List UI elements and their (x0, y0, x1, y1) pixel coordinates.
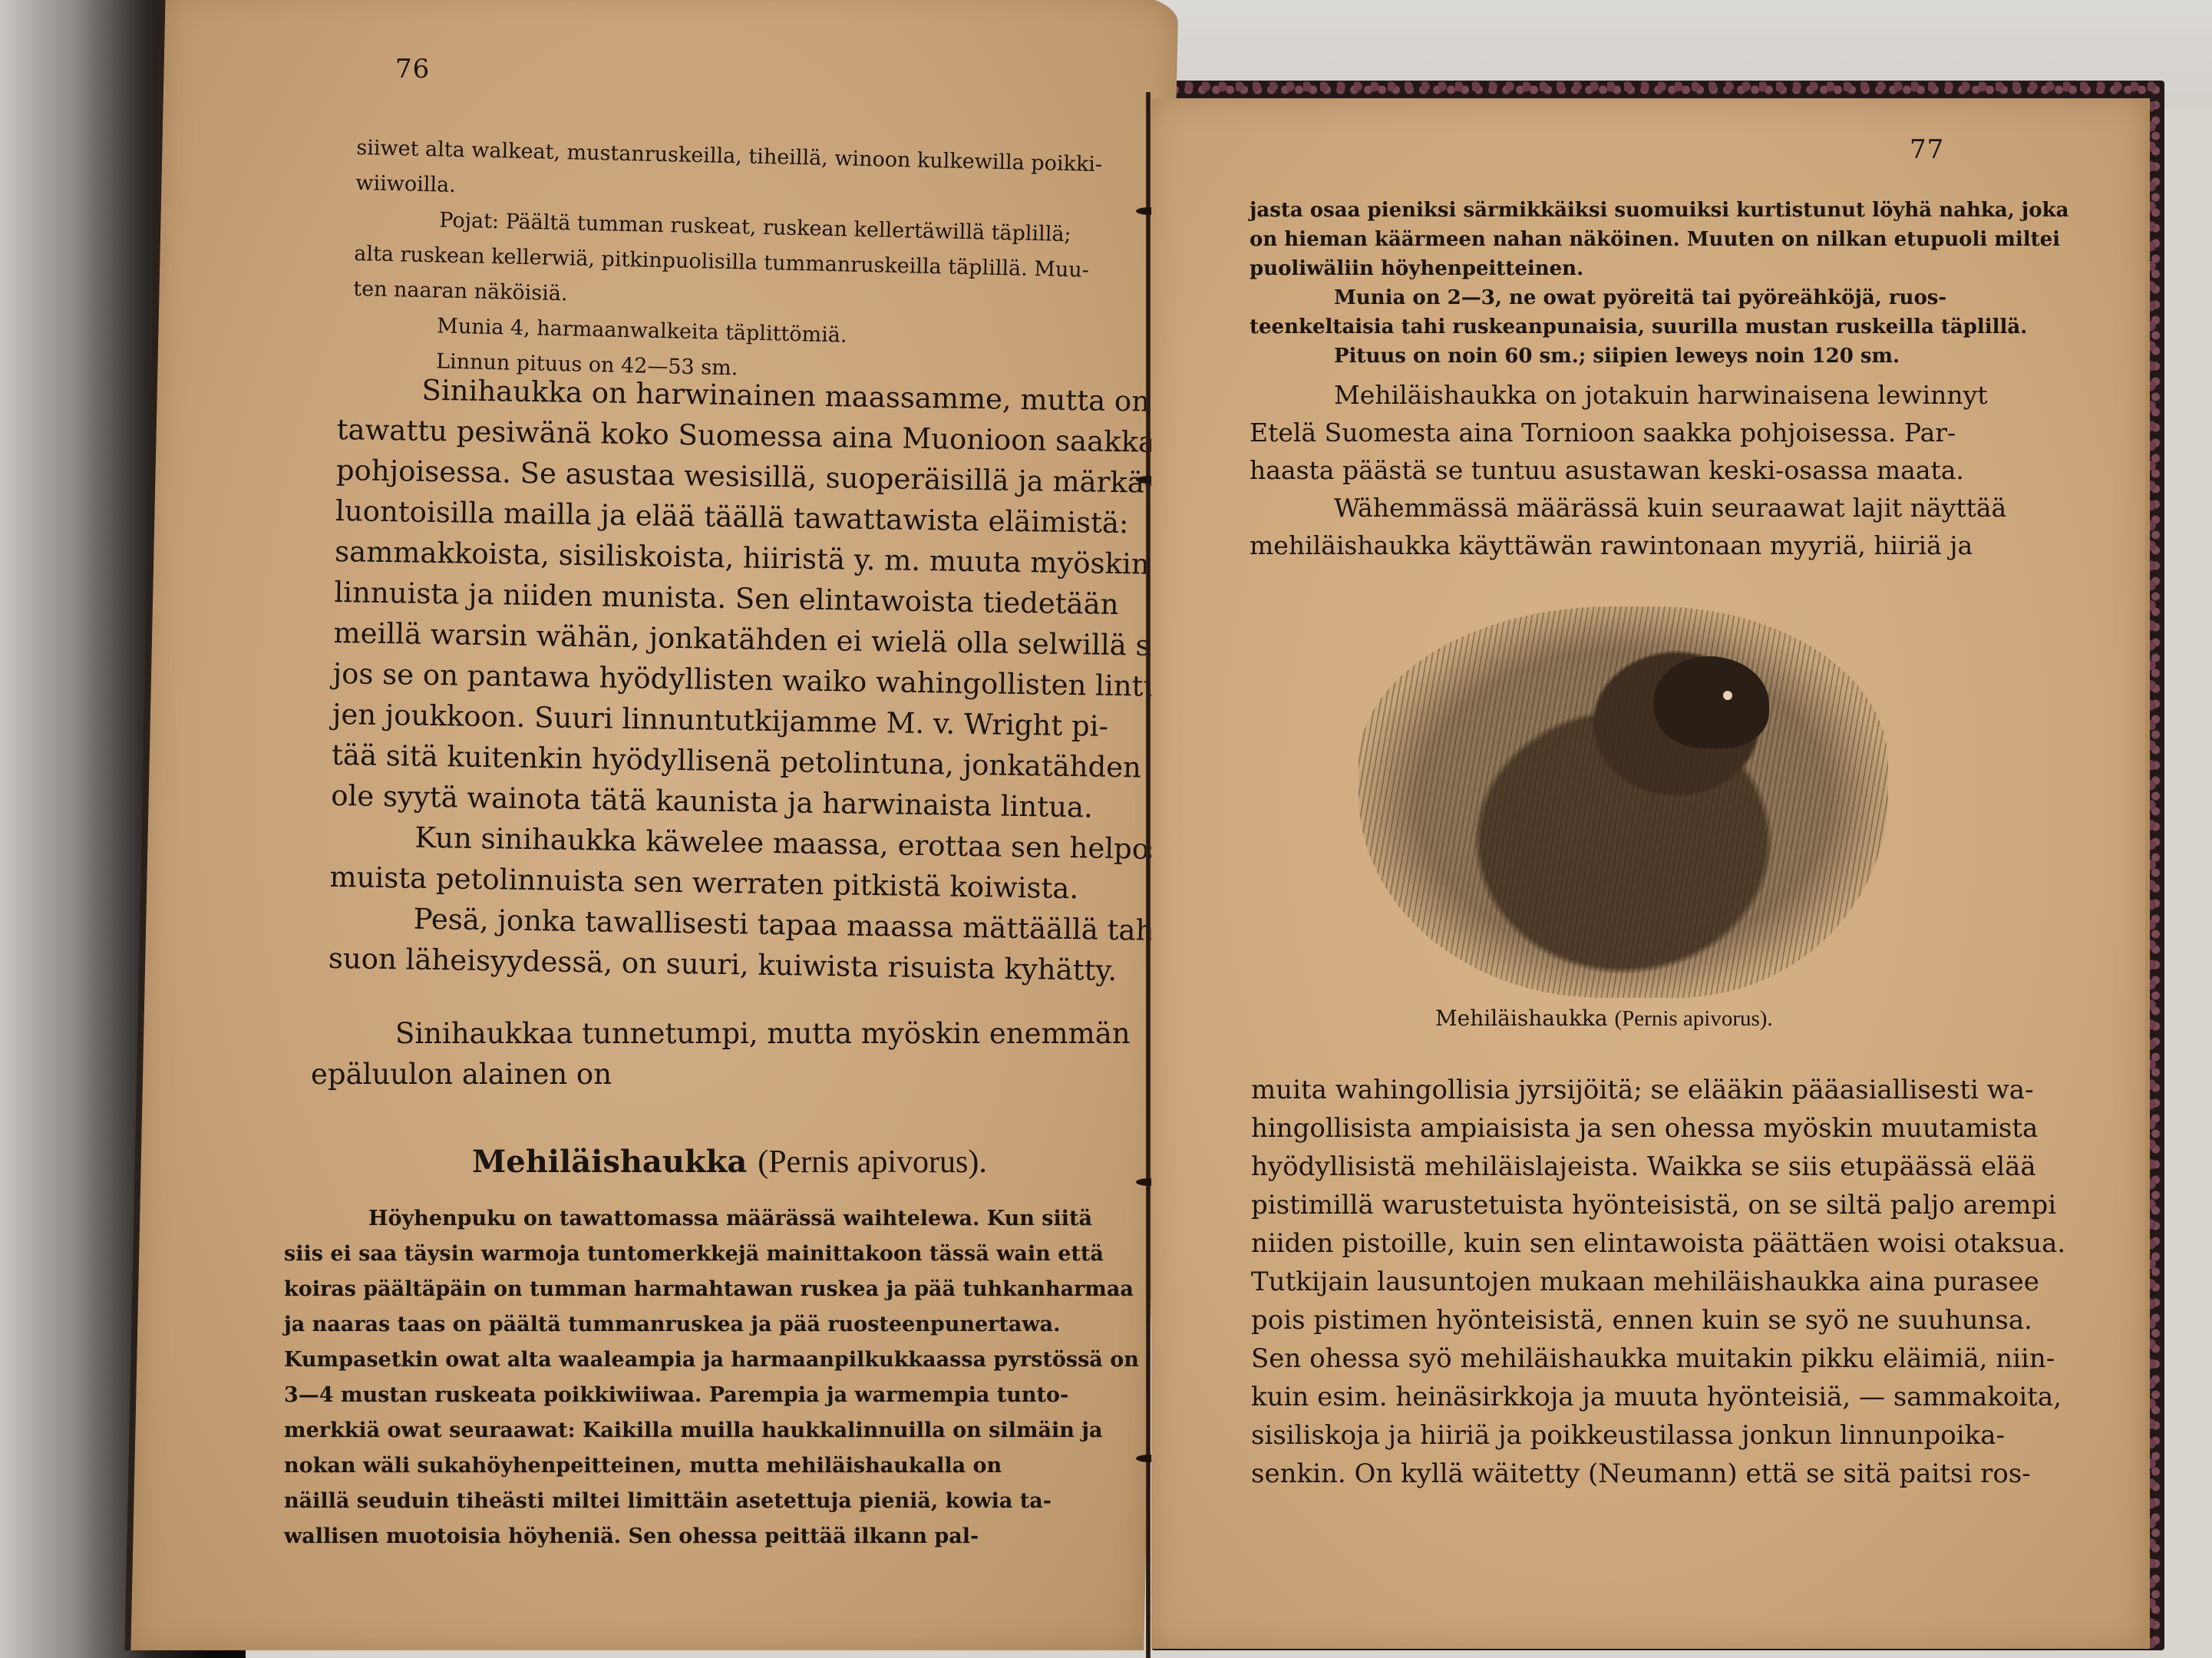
caption-name: Mehiläishaukka (1435, 1006, 1608, 1031)
text-line: sisiliskoja ja hiiriä ja poikkeustilassa… (1251, 1416, 2065, 1455)
text-line: hingollisista ampiaisista ja sen ohessa … (1251, 1109, 2065, 1148)
text-line: hyödyllisistä mehiläislajeista. Waikka s… (1251, 1148, 2065, 1186)
left-top-paragraph: siiwet alta walkeat, mustanruskeilla, ti… (352, 130, 1103, 395)
text-line: puoliwäliin höyhenpeitteinen. (1250, 254, 2068, 283)
bird-head-engraving (1654, 656, 1769, 748)
plumage-paragraph: Höyhenpuku on tawattomassa määrässä waih… (284, 1201, 1139, 1554)
text-line: Sinihaukkaa tunnetumpi, mutta myöskin en… (311, 1013, 1131, 1054)
text-line: nokan wäli sukahöyhenpeitteinen, mutta m… (284, 1448, 1139, 1484)
text-line: Munia on 2—3, ne owat pyöreitä tai pyöre… (1250, 283, 2068, 312)
heading-latin: (Pernis apivorus). (758, 1144, 987, 1180)
text-line: Sen ohessa syö mehiläishaukka muitakin p… (1251, 1339, 2065, 1378)
bird-illustration (1359, 606, 1888, 998)
section-heading: Mehiläishaukka (Pernis apivorus). (472, 1144, 987, 1181)
text-line: siis ei saa täysin warmoja tuntomerkkejä… (284, 1237, 1139, 1272)
text-line: haasta päästä se tuntuu asustawan keski-… (1250, 451, 2006, 489)
text-line: Mehiläishaukka on jotakuin harwinaisena … (1250, 376, 2006, 414)
intro-paragraph: Sinihaukkaa tunnetumpi, mutta myöskin en… (311, 1013, 1131, 1095)
text-line: kuin esim. heinäsirkkoja ja muuta hyönte… (1251, 1378, 2065, 1416)
book-gutter (1146, 92, 1151, 1658)
text-line: epäluulon alainen on (311, 1054, 1131, 1095)
text-line: muita wahingollisia jyrsijöitä; se elääk… (1251, 1071, 2065, 1109)
text-line: Tutkijain lausuntojen mukaan mehiläishau… (1251, 1263, 2065, 1301)
text-line: pistimillä warustetuista hyönteisistä, o… (1251, 1186, 2065, 1224)
text-line: senkin. On kyllä wäitetty (Neumann) että… (1251, 1455, 2065, 1493)
text-line: Wähemmässä määrässä kuin seuraawat lajit… (1250, 489, 2006, 527)
text-line: mehiläishaukka käyttäwän rawintonaan myy… (1250, 527, 2006, 564)
text-line: teenkeltaisia tahi ruskeanpunaisia, suur… (1250, 312, 2068, 342)
caption-latin: (Pernis apivorus). (1615, 1006, 1773, 1031)
length-line: Pituus on noin 60 sm.; siipien leweys no… (1250, 342, 2068, 371)
bird-eye (1723, 691, 1732, 700)
text-line: niiden pistoille, kuin sen elintawoista … (1251, 1224, 2065, 1263)
sinihaukka-paragraph: Sinihaukka on harwinainen maassamme, mut… (328, 368, 1201, 992)
heading-name: Mehiläishaukka (472, 1144, 747, 1180)
text-line: on hieman käärmeen nahan näköinen. Muute… (1250, 225, 2068, 254)
text-line: pois pistimen hyönteisistä, ennen kuin s… (1251, 1301, 2065, 1339)
text-line: Kumpasetkin owat alta waaleampia ja harm… (284, 1343, 1139, 1378)
text-line: ja naaras taas on päältä tummanruskea ja… (284, 1307, 1139, 1343)
page-number-left: 76 (395, 54, 430, 84)
text-line: Etelä Suomesta aina Tornioon saakka pohj… (1250, 414, 2006, 451)
text-line: 3—4 mustan ruskeata poikkiwiiwaa. Paremp… (284, 1378, 1139, 1413)
text-line: merkkiä owat seuraawat: Kaikilla muilla … (284, 1413, 1139, 1448)
distribution-paragraph: Mehiläishaukka on jotakuin harwinaisena … (1250, 376, 2006, 564)
text-line: näillä seuduin tiheästi miltei limittäin… (284, 1484, 1139, 1519)
text-line: jasta osaa pieniksi särmikkäiksi suomuik… (1250, 196, 2068, 225)
text-line: Höyhenpuku on tawattomassa määrässä waih… (284, 1201, 1139, 1237)
diet-paragraph: muita wahingollisia jyrsijöitä; se elääk… (1251, 1071, 2065, 1493)
text-line: wallisen muotoisia höyheniä. Sen ohessa … (284, 1519, 1139, 1554)
page-number-right: 77 (1910, 134, 1944, 165)
figure-caption: Mehiläishaukka (Pernis apivorus). (1435, 1006, 1773, 1032)
right-top-paragraph: jasta osaa pieniksi särmikkäiksi suomuik… (1250, 196, 2068, 371)
text-line: koiras päältäpäin on tumman harmahtawan … (284, 1272, 1139, 1307)
